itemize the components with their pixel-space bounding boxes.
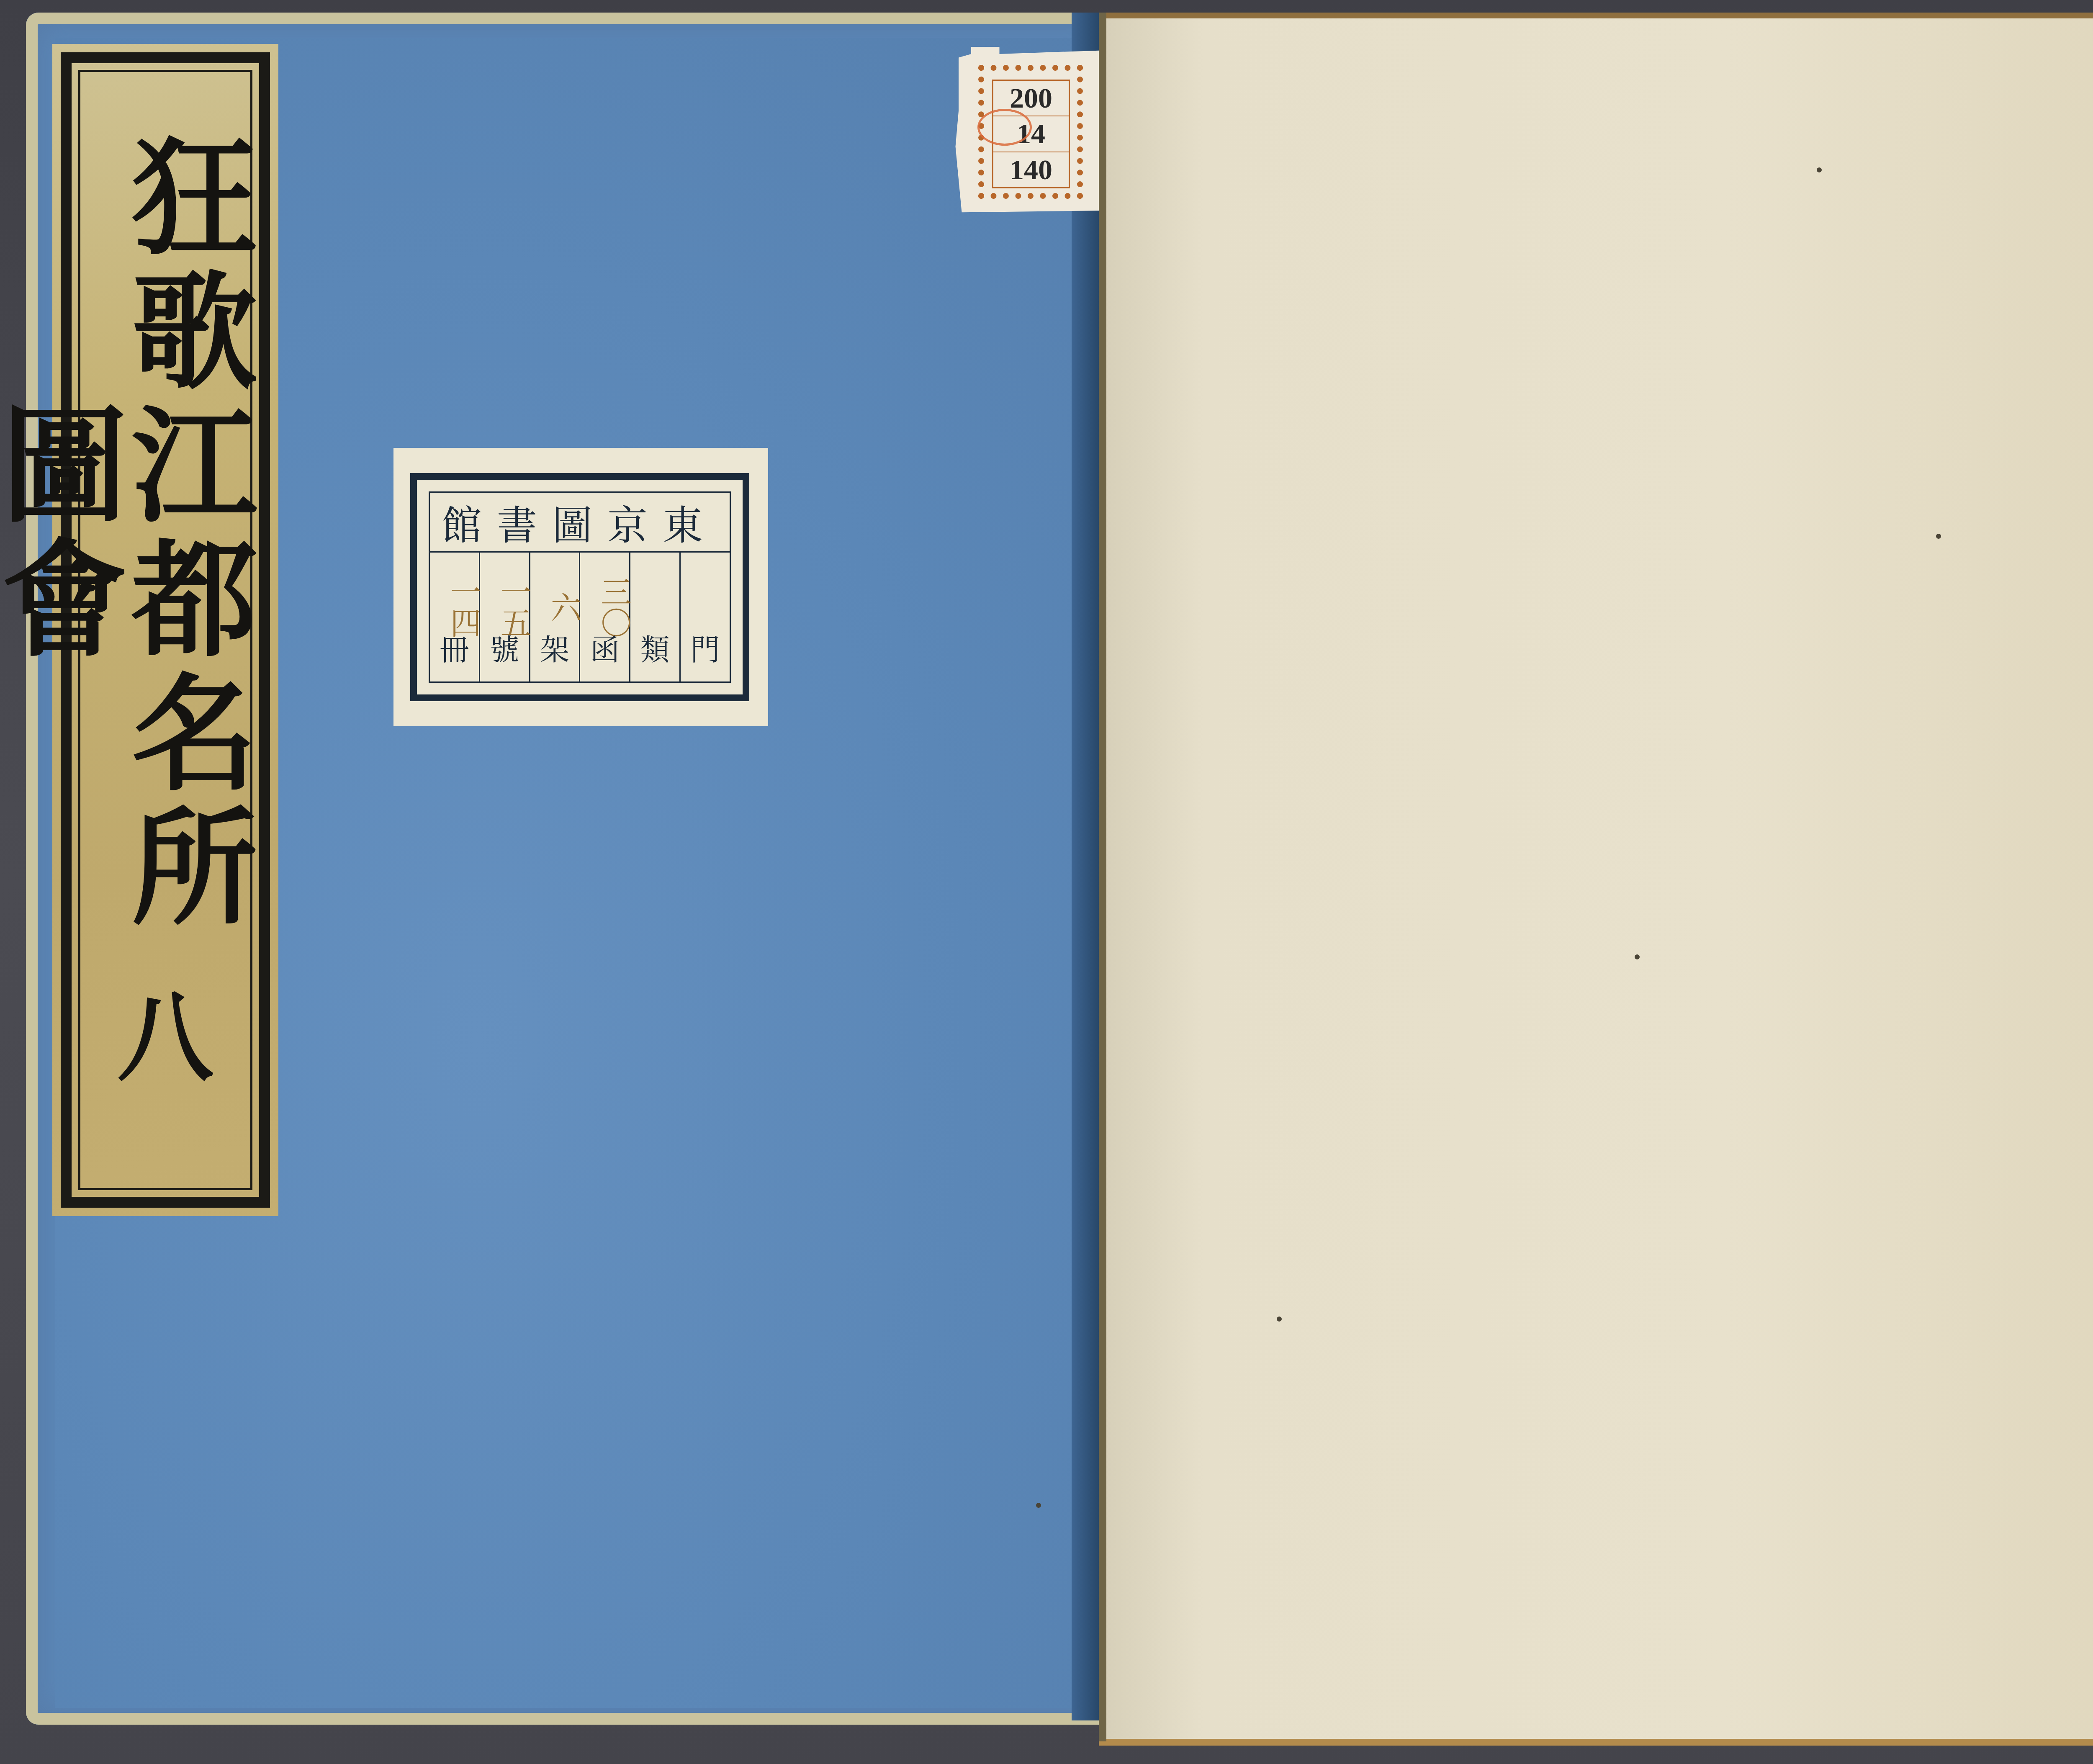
page-gutter — [1099, 13, 1106, 1741]
book-title: 狂歌江都名所圖會 — [82, 115, 249, 952]
red-seal-icon — [977, 109, 1032, 146]
label-frame: 東京圖書館 一四 冊 一五 號 六 架 三〇 函 — [410, 473, 749, 701]
library-label: 東京圖書館 一四 冊 一五 號 六 架 三〇 函 — [393, 448, 768, 726]
column-label: 門 — [681, 627, 730, 669]
title-slip: 狂歌江都名所圖會 八 — [52, 44, 278, 1216]
column-label: 函 — [580, 627, 629, 669]
paper-speck — [1635, 954, 1640, 959]
label-col-number: 一五 號 — [480, 553, 530, 681]
call-number-stamp: 200 14 140 — [952, 40, 1109, 218]
volume-number: 八 — [52, 960, 278, 1099]
label-col-volume: 一四 冊 — [430, 553, 480, 681]
paper-speck — [1817, 167, 1822, 172]
library-name: 東京圖書館 — [430, 493, 730, 553]
endpaper-page — [1099, 13, 2093, 1746]
label-col-case: 三〇 函 — [580, 553, 630, 681]
column-label: 號 — [480, 627, 529, 669]
label-columns: 一四 冊 一五 號 六 架 三〇 函 類 — [430, 553, 730, 681]
paper-speck — [1277, 1317, 1282, 1322]
stamp-line-3: 140 — [993, 152, 1069, 187]
paper-speck — [1036, 1503, 1041, 1508]
column-label: 架 — [530, 627, 579, 669]
label-col-category: 類 — [630, 553, 681, 681]
label-col-division: 門 — [681, 553, 730, 681]
paper-speck — [1936, 534, 1941, 539]
column-label: 類 — [630, 627, 679, 669]
label-grid: 東京圖書館 一四 冊 一五 號 六 架 三〇 函 — [429, 491, 731, 683]
label-col-shelf: 六 架 — [530, 553, 581, 681]
library-name-text: 東京圖書館 — [442, 494, 718, 551]
column-label: 冊 — [430, 627, 479, 669]
